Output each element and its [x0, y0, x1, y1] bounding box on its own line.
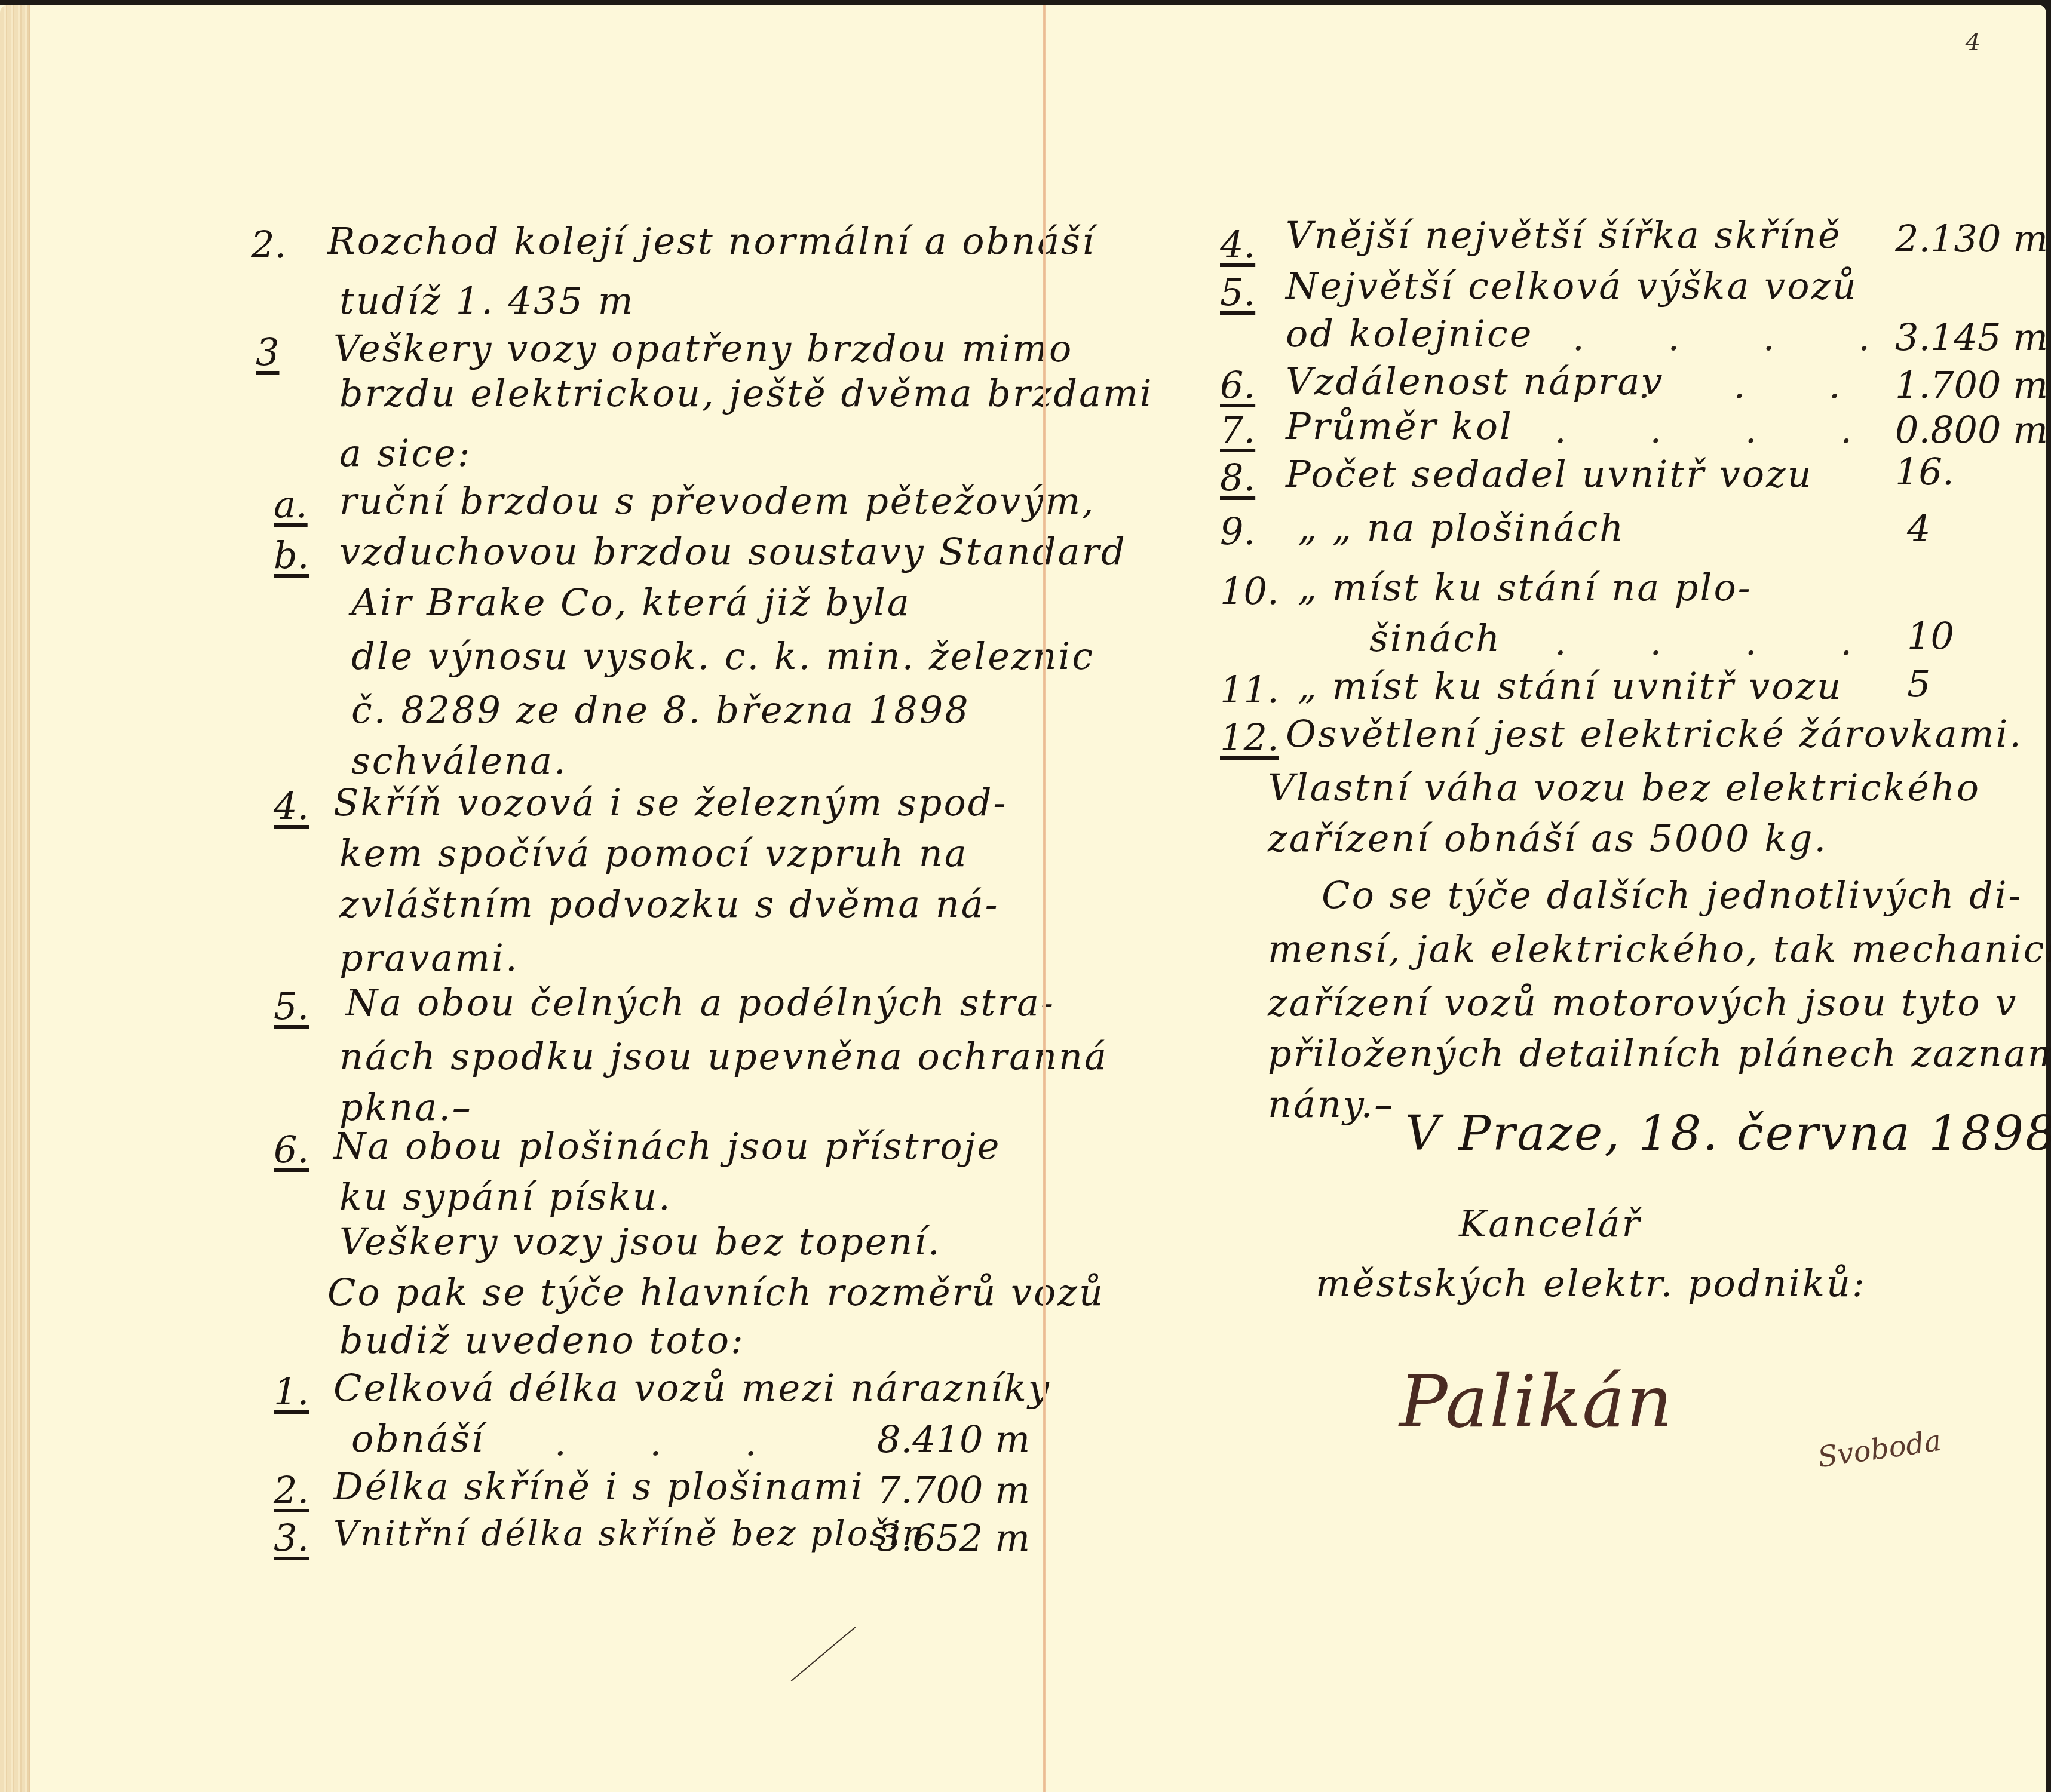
item-number: 4. [274, 784, 309, 828]
dimension-value: 3.145 m [1895, 315, 2048, 359]
dimension-value: 8.410 m [877, 1417, 1030, 1461]
text-line: pkna.– [339, 1089, 473, 1126]
text-line: tudíž 1. 435 m [339, 283, 634, 320]
text-line: schválena. [351, 742, 568, 780]
item-number: 12. [1220, 716, 1279, 759]
signature-secondary: Svoboda [1816, 1424, 1943, 1474]
closing-stroke [791, 1627, 856, 1681]
place-date: V Praze, 18. června 1898. [1405, 1110, 2051, 1158]
page-edges [0, 5, 30, 1792]
dimension-label: Největší celková výška vozů [1286, 268, 1858, 305]
signature-primary: Palikán [1399, 1361, 1673, 1444]
dimension-value: 2.130 m [1895, 217, 2048, 260]
dimension-value: 16. [1895, 450, 1954, 493]
dimension-label: „ „ na plošinách [1298, 510, 1625, 547]
item-number: 2. [274, 1468, 309, 1512]
text-line: ruční brzdou s převodem pětežovým, [339, 483, 1096, 520]
text-line: Co se týče dalších jednotlivých di- [1322, 877, 2023, 914]
leader-dots: . . . [554, 1420, 793, 1464]
dimension-label: Délka skříně i s plošinami [333, 1468, 864, 1505]
office-title: Kancelář [1459, 1205, 1641, 1242]
text-line: Co pak se týče hlavních rozměrů vozů [327, 1274, 1105, 1311]
text-line: zvláštním podvozku s dvěma ná- [339, 886, 1000, 923]
text-line: ku sypání písku. [339, 1179, 672, 1216]
text-line: pravami. [339, 940, 519, 977]
item-number: 4. [1220, 223, 1255, 266]
item-number: 8. [1220, 456, 1255, 499]
text-line: zařízení vozů motorových jsou tyto v [1268, 984, 2018, 1021]
dimension-label: „ míst ku stání uvnitř vozu [1298, 668, 1842, 705]
item-number: 11. [1220, 668, 1279, 711]
leader-dots: . . . . [1555, 408, 1888, 452]
dimension-label: šinách [1369, 620, 1501, 657]
left-page: 2. Rozchod kolejí jest normální a obnáší… [29, 5, 1044, 1792]
item-number: 2. [251, 223, 286, 266]
leader-dots: . . . . [1572, 315, 1906, 359]
dimension-value: 10 [1907, 614, 1954, 658]
item-number: 10. [1220, 569, 1279, 613]
dimension-label: Vzdálenost náprav [1286, 363, 1664, 400]
item-number: 6. [274, 1128, 309, 1171]
dimension-label: Průměr kol [1286, 408, 1513, 445]
text-line: přiložených detailních plánech zazname- [1268, 1035, 2051, 1072]
item-number: b. [274, 533, 309, 577]
text-line: budiž uvedeno toto: [339, 1322, 745, 1359]
text-line: vzduchovou brzdou soustavy Standard [339, 533, 1127, 570]
dimension-value: 3.652 m [877, 1516, 1030, 1560]
dimension-value: 7.700 m [877, 1468, 1030, 1512]
right-page: 4 4. Vnější největší šířka skříně 2.130 … [1047, 5, 2046, 1792]
text-line: zařízení obnáší as 5000 kg. [1268, 820, 1828, 857]
book-gutter [1043, 5, 1046, 1792]
text-line: dle výnosu vysok. c. k. min. železnic [351, 638, 1095, 675]
office-subtitle: městských elektr. podniků: [1316, 1265, 1866, 1302]
text-line: Na obou čelných a podélných stra- [345, 984, 1055, 1021]
notebook-spread: 2. Rozchod kolejí jest normální a obnáší… [0, 5, 2046, 1792]
item-number: 1. [274, 1370, 309, 1413]
leader-dots: . . . [1638, 363, 1877, 407]
dimension-label: obnáší [351, 1420, 485, 1457]
text-line: mensí, jak elektrického, tak mechanickéh… [1268, 931, 2051, 968]
dimension-value: 4 [1907, 507, 1930, 550]
item-number: 7. [1220, 408, 1255, 452]
text-line: a sice: [339, 435, 472, 472]
text-line: Veškery vozy jsou bez topení. [339, 1223, 942, 1260]
dimension-value: 5 [1907, 662, 1930, 705]
item-number: 3 [256, 330, 279, 374]
item-number: 3. [274, 1516, 309, 1560]
dimension-label: Vnější největší šířka skříně [1286, 217, 1842, 254]
dimension-label: od kolejnice [1286, 315, 1534, 352]
dimension-value: 1.700 m [1895, 363, 2048, 407]
text-line: Skříň vozová i se železným spod- [333, 784, 1007, 821]
dimension-label: Počet sedadel uvnitř vozu [1286, 456, 1813, 493]
dimension-label: Vnitřní délka skříně bez plošin [333, 1516, 926, 1551]
text-line: Veškery vozy opatřeny brzdou mimo [333, 330, 1073, 367]
item-number: 9. [1220, 510, 1255, 553]
item-number: 5. [1220, 271, 1255, 314]
dimension-value: 0.800 m [1895, 408, 2048, 452]
text-line: Rozchod kolejí jest normální a obnáší [327, 223, 1096, 260]
text-line: Vlastní váha vozu bez elektrického [1268, 769, 1981, 806]
item-number: a. [274, 483, 308, 526]
dimension-label: Celková délka vozů mezi nárazníky [333, 1370, 1051, 1407]
text-line: nách spodku jsou upevněna ochranná [339, 1038, 1108, 1075]
item-number: 5. [274, 984, 309, 1028]
dimension-label: Osvětlení jest elektrické žárovkami. [1286, 716, 2023, 753]
text-line: č. 8289 ze dne 8. března 1898 [351, 692, 970, 729]
text-line: brzdu elektrickou, ještě dvěma brzdami [339, 375, 1154, 412]
leader-dots: . . . . [1555, 620, 1888, 664]
text-line: Na obou plošinách jsou přístroje [333, 1128, 1001, 1165]
page-number: 4 [1966, 29, 1981, 56]
item-number: 6. [1220, 363, 1255, 407]
dimension-label: „ míst ku stání na plo- [1298, 569, 1752, 606]
text-line: nány.– [1268, 1086, 1394, 1123]
text-line: Air Brake Co, která již byla [351, 584, 911, 621]
text-line: kem spočívá pomocí vzpruh na [339, 835, 968, 872]
